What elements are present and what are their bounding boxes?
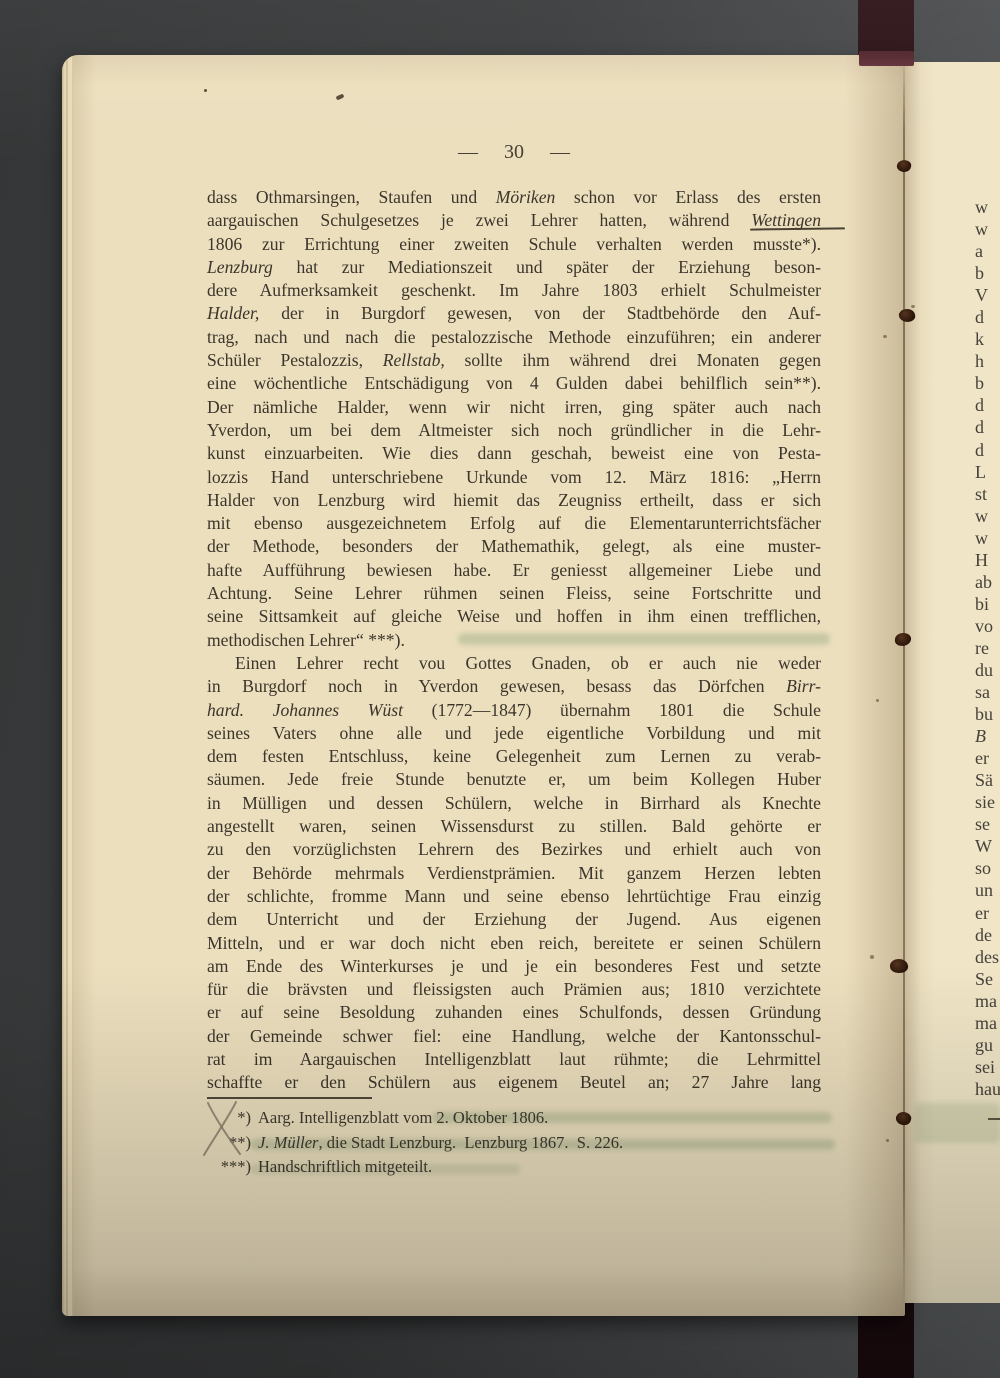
footnote-rule xyxy=(207,1097,372,1099)
text-run: w xyxy=(975,219,988,239)
page-number: 30 xyxy=(504,141,524,164)
text-line: hard. Johannes Wüst (1772—1847) übernahm… xyxy=(207,699,821,722)
text-run: eine wöchentliche Entschädigung von 4 Gu… xyxy=(207,373,821,393)
text-line: in Mülligen und dessen Schülern, welche … xyxy=(207,792,821,815)
text-run: bi xyxy=(975,594,989,614)
text-run: rat im Aargauischen Intelligenzblatt lau… xyxy=(207,1049,821,1069)
text-line: lozzis Hand unterschriebene Urkunde vom … xyxy=(207,466,821,489)
text-run: schaffte er den Schülern aus eigenem Beu… xyxy=(207,1072,821,1092)
text-run: zu den vorzüglichsten Lehrern des Bezirk… xyxy=(207,839,821,859)
text-run: re xyxy=(975,638,989,658)
italic-text: Lenzburg xyxy=(207,257,273,277)
text-line: trag, nach und nach die pestalozzische M… xyxy=(207,326,821,349)
facing-page-text-fragment: Sä xyxy=(975,769,1000,791)
text-run: du xyxy=(975,660,993,680)
facing-page-text-fragment: w xyxy=(975,505,1000,527)
facing-page-text-fragment: vo xyxy=(975,615,1000,637)
facing-page-text-fragment: se xyxy=(975,813,1000,835)
facing-page-text-fragment: des xyxy=(975,946,1000,968)
text-run: der in Burgdorf gewesen, von der Stadtbe… xyxy=(259,303,821,323)
paper-speck xyxy=(883,335,887,338)
facing-page-sliver: wwabVdkhbdddLstwwHabbivoredusabuBerSäsie… xyxy=(905,62,1000,1303)
text-run: so xyxy=(975,858,991,878)
text-line: für die brävsten und fleissigsten auch P… xyxy=(207,978,821,1001)
text-run: Aarg. Intelligenzblatt vom 2. Oktober 18… xyxy=(258,1108,548,1127)
facing-page-text-fragment: h xyxy=(975,350,1000,372)
ink-bleed-through xyxy=(915,1103,1000,1143)
text-run: er xyxy=(975,748,989,768)
facing-page-text-fragment: B xyxy=(975,725,1000,747)
facing-page-text-fragment: d xyxy=(975,439,1000,461)
binding-tape-frayed-end xyxy=(859,51,914,66)
facing-page-text-fragment: gu xyxy=(975,1034,1000,1056)
paper-speck xyxy=(870,955,874,959)
facing-page-text-fragment: hau xyxy=(975,1078,1000,1100)
text-run: Handschriftlich mitgeteilt. xyxy=(258,1157,432,1176)
text-run: bu xyxy=(975,704,993,724)
text-run: aargauischen Schulgesetzes je zwei Lehre… xyxy=(207,210,751,230)
italic-text: B xyxy=(975,726,986,746)
text-line: Achtung. Seine Lehrer rühmen seinen Flei… xyxy=(207,582,821,605)
facing-page-text-fragment: d xyxy=(975,394,1000,416)
facing-page-text-fragment: un xyxy=(975,879,1000,901)
text-run: seines Vaters ohne alle und jede eigentl… xyxy=(207,723,821,743)
text-line: Schüler Pestalozzis, Rellstab, sollte ih… xyxy=(207,349,821,372)
text-run: hat zur Mediationszeit und später der Er… xyxy=(273,257,821,277)
text-line: eine wöchentliche Entschädigung von 4 Gu… xyxy=(207,372,821,395)
text-run: Sä xyxy=(975,770,993,790)
facing-page-text-fragment: bu xyxy=(975,703,1000,725)
text-run: am Ende des Winterkurses je und je ein b… xyxy=(207,956,821,976)
footnote-text: J. Müller, die Stadt Lenzburg. Lenzburg … xyxy=(258,1133,623,1152)
facing-page-text-fragment: a xyxy=(975,240,1000,262)
footnote-text: Handschriftlich mitgeteilt. xyxy=(258,1157,432,1176)
text-run: in Burgdorf noch in Yverdon gewesen, bes… xyxy=(207,676,786,696)
text-run: schon vor Erlass des ersten xyxy=(555,187,821,207)
header-dash-left: — xyxy=(458,141,478,164)
text-line: der Behörde mehrmals Verdienstprämien. M… xyxy=(207,862,821,885)
text-run: Der nämliche Halder, wenn wir nicht irre… xyxy=(207,397,821,417)
text-run: H xyxy=(975,550,988,570)
facing-page-text-fragment: W xyxy=(975,835,1000,857)
text-run: L xyxy=(975,462,986,482)
text-run: er auf seine Besoldung zuhanden eines Sc… xyxy=(207,1002,821,1022)
text-run: methodischen Lehrer“ ***). xyxy=(207,630,405,650)
text-run: st xyxy=(975,484,987,504)
facing-page-text-fragment: st xyxy=(975,483,1000,505)
book-scan: wwabVdkhbdddLstwwHabbivoredusabuBerSäsie… xyxy=(0,0,1000,1378)
text-line: der Gemeinde schwer fiel: eine Handlung,… xyxy=(207,1025,821,1048)
text-run: de xyxy=(975,925,992,945)
text-run: 1806 zur Errichtung einer zweiten Schule… xyxy=(207,234,821,254)
facing-page-text-fragment: L xyxy=(975,461,1000,483)
text-run: seine Sittsamkeit auf gleiche Weise und … xyxy=(207,606,821,626)
footnote-block: *)Aarg. Intelligenzblatt vom 2. Oktober … xyxy=(207,1106,821,1180)
italic-text: Möriken xyxy=(496,187,556,207)
text-line: Halder, der in Burgdorf gewesen, von der… xyxy=(207,302,821,325)
facing-page-text-fragment: d xyxy=(975,306,1000,328)
facing-page-text-fragment: Se xyxy=(975,968,1000,990)
text-line: Yverdon, um bei dem Altmeister sich noch… xyxy=(207,419,821,442)
text-run: V xyxy=(975,285,988,305)
text-run: angestellt waren, seinen Wissensdurst zu… xyxy=(207,816,821,836)
paper-speck xyxy=(876,699,879,702)
text-line: schaffte er den Schülern aus eigenem Beu… xyxy=(207,1071,821,1094)
text-line: 1806 zur Errichtung einer zweiten Schule… xyxy=(207,233,821,256)
text-run: a xyxy=(975,241,983,261)
text-line: säumen. Jede freie Stunde benutzte er, u… xyxy=(207,768,821,791)
text-run: der Methode, besonders der Mathemathik, … xyxy=(207,536,821,556)
facing-page-text-fragment: sie xyxy=(975,791,1000,813)
text-line: aargauischen Schulgesetzes je zwei Lehre… xyxy=(207,209,821,232)
text-run: w xyxy=(975,528,988,548)
page-header: — 30 — xyxy=(207,141,821,164)
text-run: säumen. Jede freie Stunde benutzte er, u… xyxy=(207,769,821,789)
text-run: w xyxy=(975,506,988,526)
text-run: w xyxy=(975,197,988,217)
facing-page-text-fragment: V xyxy=(975,284,1000,306)
facing-page-text-fragment: b xyxy=(975,372,1000,394)
text-run: dem festen Entschluss, keine Gelegenheit… xyxy=(207,746,821,766)
text-run: d xyxy=(975,307,984,327)
facing-page-text-fragment: du xyxy=(975,659,1000,681)
text-run: Halder von Lenzburg wird hiemit das Zeug… xyxy=(207,490,821,510)
text-line: methodischen Lehrer“ ***). xyxy=(207,629,821,652)
paper-speck xyxy=(911,305,915,308)
text-line: Mitteln, und er war doch nicht eben reic… xyxy=(207,932,821,955)
text-line: seines Vaters ohne alle und jede eigentl… xyxy=(207,722,821,745)
text-run: Se xyxy=(975,969,993,989)
text-run: sie xyxy=(975,792,995,812)
facing-page-text-fragment: re xyxy=(975,637,1000,659)
text-run: un xyxy=(975,880,993,900)
facing-page-text-fragment: w xyxy=(975,196,1000,218)
text-line: Einen Lehrer recht vou Gottes Gnaden, ob… xyxy=(207,652,821,675)
text-run: sollte ihm während drei Monaten gegen xyxy=(445,350,821,370)
facing-page-text-fragment: ma xyxy=(975,990,1000,1012)
text-run: dass Othmarsingen, Staufen und xyxy=(207,187,496,207)
text-run: ma xyxy=(975,991,997,1011)
facing-page-text-column: wwabVdkhbdddLstwwHabbivoredusabuBerSäsie… xyxy=(975,196,1000,1100)
text-run: , die Stadt Lenzburg. Lenzburg 1867. S. … xyxy=(318,1133,623,1152)
text-line: angestellt waren, seinen Wissensdurst zu… xyxy=(207,815,821,838)
text-line: am Ende des Winterkurses je und je ein b… xyxy=(207,955,821,978)
text-run: trag, nach und nach die pestalozzische M… xyxy=(207,327,821,347)
facing-page-text-fragment: ab xyxy=(975,571,1000,593)
text-run: für die brävsten und fleissigsten auch P… xyxy=(207,979,821,999)
text-run: ma xyxy=(975,1013,997,1033)
text-line: dem festen Entschluss, keine Gelegenheit… xyxy=(207,745,821,768)
facing-page-text-fragment: b xyxy=(975,262,1000,284)
text-line: dass Othmarsingen, Staufen und Möriken s… xyxy=(207,186,821,209)
text-run: sa xyxy=(975,682,990,702)
facing-page-text-fragment: H xyxy=(975,549,1000,571)
footnote: ***)Handschriftlich mitgeteilt. xyxy=(207,1155,821,1180)
facing-page-text-fragment: w xyxy=(975,218,1000,240)
italic-text: Johannes Wüst xyxy=(273,700,403,720)
text-run: er xyxy=(975,903,989,923)
text-run: in Mülligen und dessen Schülern, welche … xyxy=(207,793,821,813)
facing-page-text-fragment: bi xyxy=(975,593,1000,615)
text-line: dem Unterricht und der Erziehung der Jug… xyxy=(207,908,821,931)
text-run: d xyxy=(975,440,984,460)
text-line: er auf seine Besoldung zuhanden eines Sc… xyxy=(207,1001,821,1024)
facing-page-text-fragment: k xyxy=(975,328,1000,350)
text-run: gu xyxy=(975,1035,993,1055)
text-run: kunst einzuarbeiten. Wie dies dann gesch… xyxy=(207,443,821,463)
ink-speck xyxy=(204,89,207,92)
text-line: mit ebenso ausgezeichnetem Erfolg auf di… xyxy=(207,512,821,535)
footnote: **)J. Müller, die Stadt Lenzburg. Lenzbu… xyxy=(207,1131,821,1156)
italic-text: Halder, xyxy=(207,303,259,323)
text-run: der Behörde mehrmals Verdienstprämien. M… xyxy=(207,863,821,883)
text-run: Einen Lehrer recht vou Gottes Gnaden, ob… xyxy=(235,653,821,673)
paper-speck xyxy=(886,1139,889,1142)
text-run: se xyxy=(975,814,990,834)
text-run: k xyxy=(975,329,984,349)
text-run: dem Unterricht und der Erziehung der Jug… xyxy=(207,909,821,929)
text-run: dere Aufmerksamkeit geschenkt. Im Jahre … xyxy=(207,280,821,300)
text-run: d xyxy=(975,417,984,437)
text-line: Halder von Lenzburg wird hiemit das Zeug… xyxy=(207,489,821,512)
text-run: hafte Aufführung bewiesen habe. Er genie… xyxy=(207,560,821,580)
facing-page-text-fragment: er xyxy=(975,902,1000,924)
footnote: *)Aarg. Intelligenzblatt vom 2. Oktober … xyxy=(207,1106,821,1131)
ink-speck xyxy=(336,93,345,100)
body-text: dass Othmarsingen, Staufen und Möriken s… xyxy=(207,186,821,1095)
text-line: der schlichte, fromme Mann und seine ebe… xyxy=(207,885,821,908)
text-line: Lenzburg hat zur Mediationszeit und spät… xyxy=(207,256,821,279)
facing-page-text-fragment: so xyxy=(975,857,1000,879)
facing-page-text-fragment: d xyxy=(975,416,1000,438)
text-line: kunst einzuarbeiten. Wie dies dann gesch… xyxy=(207,442,821,465)
facing-page-text-fragment: de xyxy=(975,924,1000,946)
text-run: Achtung. Seine Lehrer rühmen seinen Flei… xyxy=(207,583,821,603)
text-run: der schlichte, fromme Mann und seine ebe… xyxy=(207,886,821,906)
footnote-text: Aarg. Intelligenzblatt vom 2. Oktober 18… xyxy=(258,1108,548,1127)
italic-text: hard. xyxy=(207,700,244,720)
text-run: lozzis Hand unterschriebene Urkunde vom … xyxy=(207,467,821,487)
italic-text: Rellstab, xyxy=(383,350,445,370)
text-run: (1772—1847) übernahm 1801 die Schule xyxy=(403,700,821,720)
text-run: W xyxy=(975,836,992,856)
facing-page-text-fragment: sa xyxy=(975,681,1000,703)
text-run: der Gemeinde schwer fiel: eine Handlung,… xyxy=(207,1026,821,1046)
underlined-word: Wettingen xyxy=(751,210,821,230)
text-run: Mitteln, und er war doch nicht eben reic… xyxy=(207,933,821,953)
text-run: des xyxy=(975,947,999,967)
text-run: sei xyxy=(975,1057,995,1077)
text-line: Der nämliche Halder, wenn wir nicht irre… xyxy=(207,396,821,419)
text-run: b xyxy=(975,373,984,393)
text-run xyxy=(244,700,273,720)
text-run: Schüler Pestalozzis, xyxy=(207,350,383,370)
text-line: hafte Aufführung bewiesen habe. Er genie… xyxy=(207,559,821,582)
text-line: zu den vorzüglichsten Lehrern des Bezirk… xyxy=(207,838,821,861)
italic-text: Birr- xyxy=(786,676,821,696)
text-line: in Burgdorf noch in Yverdon gewesen, bes… xyxy=(207,675,821,698)
text-line: der Methode, besonders der Mathemathik, … xyxy=(207,535,821,558)
text-run: Yverdon, um bei dem Altmeister sich noch… xyxy=(207,420,821,440)
footnote-marker: ***) xyxy=(207,1155,258,1180)
italic-text: J. Müller xyxy=(258,1133,318,1152)
text-line: seine Sittsamkeit auf gleiche Weise und … xyxy=(207,605,821,628)
text-line: rat im Aargauischen Intelligenzblatt lau… xyxy=(207,1048,821,1071)
facing-page-text-fragment: w xyxy=(975,527,1000,549)
text-line: dere Aufmerksamkeit geschenkt. Im Jahre … xyxy=(207,279,821,302)
text-run: ab xyxy=(975,572,992,592)
facing-page-text-fragment: sei xyxy=(975,1056,1000,1078)
text-run: h xyxy=(975,351,984,371)
text-run: hau xyxy=(975,1079,1000,1099)
facing-page-text-fragment: er xyxy=(975,747,1000,769)
pencil-cross-mark xyxy=(200,1100,246,1158)
facing-page-text-fragment: ma xyxy=(975,1012,1000,1034)
text-run: b xyxy=(975,263,984,283)
text-run: mit ebenso ausgezeichnetem Erfolg auf di… xyxy=(207,513,821,533)
header-dash-right: — xyxy=(550,141,570,164)
text-run: vo xyxy=(975,616,993,636)
text-run: d xyxy=(975,395,984,415)
